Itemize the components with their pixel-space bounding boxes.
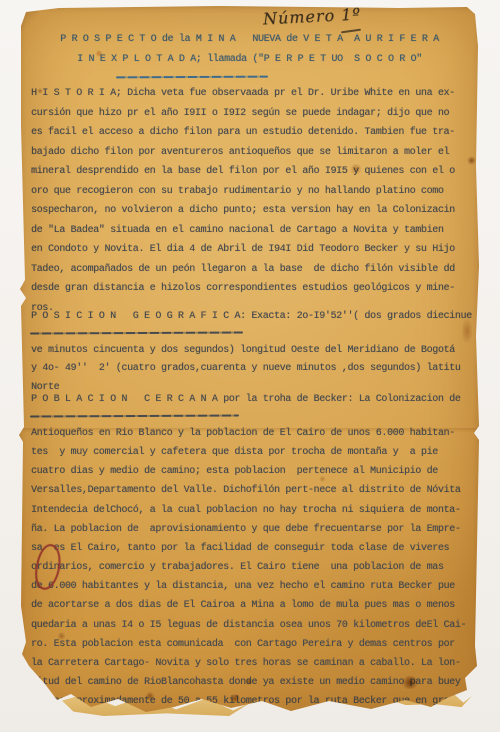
text-line: Tadeo, acompañados de un peón llegaron a… <box>31 260 476 280</box>
text-line: tes y muy comercial y cafetera que dista… <box>31 443 476 462</box>
posicion-underline <box>30 331 243 334</box>
text-line: oro que recogieron con su trabajo rudime… <box>31 182 476 202</box>
text-line: ña. La poblacion de aprovisionamiento y … <box>31 520 476 539</box>
text-line: cuatro dias y medio de camino; esta pobl… <box>31 462 476 481</box>
corner-fold <box>19 6 39 32</box>
section-posicion-heading: P O S I C I O N G E O G R A F I C A: Exa… <box>31 311 472 322</box>
text-line: de 6.000 habitantes y la distancia, una … <box>31 577 476 596</box>
text-line: sospecharon, no volvieron a dicho punto;… <box>31 201 476 221</box>
text-line: sa es El Cairo, tanto por la facilidad d… <box>31 539 476 558</box>
text-line: en Condoto y Novita. El dia 4 de Abril d… <box>31 240 476 260</box>
handwritten-number: Número 1º <box>263 4 362 28</box>
text-line: mineral desprendido en la base del filon… <box>31 162 476 182</box>
text-line: Antioqueños en Rio Blanco y la poblacion… <box>31 424 476 443</box>
text-line: ordinarios, comercio y trabajadores. El … <box>31 558 476 577</box>
text-line: desde gran distancia e hizolos correspon… <box>31 279 476 299</box>
document-title-line1: P R O S P E C T O de la M I N A NUEVA de… <box>19 34 480 45</box>
section-poblacion-heading: P O B L A C I O N C E R C A N A por la t… <box>31 394 460 405</box>
text-line: de "La Badea" situada en el camino nacio… <box>31 221 476 241</box>
section-posicion-geografica: ve minutos cincuenta y dos segundos) lon… <box>31 342 476 397</box>
text-line: la Carretera Cartago- Novita y solo tres… <box>31 654 476 673</box>
text-line: de acortarse a dos dias de El Cairoa a M… <box>31 596 476 615</box>
document-title-line2: I N E X P L O T A D A; llamada ("P E R P… <box>19 54 480 65</box>
text-line: ve minutos cincuenta y dos segundos) lon… <box>31 342 476 360</box>
document-page: Número 1º P R O S P E C T O de la M I N … <box>19 6 480 716</box>
text-line: quedaria a unas I4 o I5 leguas de distan… <box>31 616 476 635</box>
section-poblacion-cercana: Antioqueños en Rio Blanco y la poblacion… <box>31 424 476 711</box>
section-historia: H I S T O R I A; Dicha veta fue observaa… <box>31 84 476 318</box>
text-line: es facil el acceso a dicho filon para un… <box>31 123 476 143</box>
text-line: Versalles,Departamento del Valle. Dichof… <box>31 481 476 500</box>
photo-background: Número 1º P R O S P E C T O de la M I N … <box>0 0 500 732</box>
text-line: y 4o- 49'' 2' (cuatro grados,cuarenta y … <box>31 360 476 378</box>
handwritten-underline <box>341 29 361 34</box>
poblacion-underline <box>30 414 239 417</box>
title-underline <box>116 76 268 79</box>
text-line: ro. Esta poblacion esta comunicada con C… <box>31 635 476 654</box>
text-line: Intendecia delChocó, a la cual poblacion… <box>31 501 476 520</box>
text-line: cursión que hizo pr el año I9II o I9I2 s… <box>31 104 476 124</box>
text-line: H I S T O R I A; Dicha veta fue observaa… <box>31 84 476 104</box>
text-line: gitud del camino de RioBlancohasta donde… <box>31 673 476 692</box>
text-line: bajado dicho filon por aventureros antio… <box>31 143 476 163</box>
